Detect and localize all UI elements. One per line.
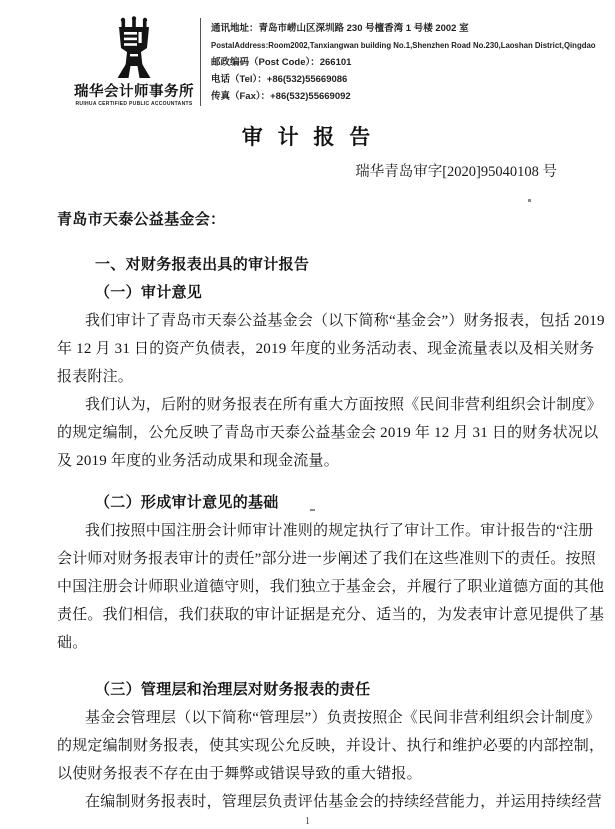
- paragraph-line: 在编制财务报表时，管理层负责评估基金会的持续经营能力，并运用持续经营: [57, 788, 558, 816]
- paragraph-line: 我们按照中国注册会计师审计准则的规定执行了审计工作。审计报告的“注册: [57, 517, 558, 545]
- ruihua-emblem-icon: [74, 16, 194, 78]
- letterhead: 瑞华会计师事务所 RUIHUA CERTIFIED PUBLIC ACCOUNT…: [0, 0, 615, 107]
- paragraph-line: 我们审计了青岛市天泰公益基金会（以下简称“基金会”）财务报表，包括 2019: [57, 307, 558, 335]
- paragraph-line: 我们认为，后附的财务报表在所有重大方面按照《民间非营利组织会计制度》: [57, 391, 558, 419]
- paragraph-line: 的规定编制财务报表，使其实现公允反映，并设计、执行和维护必要的内部控制，: [57, 732, 558, 760]
- paragraph-line: 以使财务报表不存在由于舞弊或错误导致的重大错报。: [57, 760, 558, 788]
- firm-brand-block: 瑞华会计师事务所 RUIHUA CERTIFIED PUBLIC ACCOUNT…: [74, 16, 194, 107]
- subsection-heading-basis-for-opinion: （二）形成审计意见的基础: [57, 489, 558, 517]
- fax-line: 传真（Fax）：+86(532)55669092: [211, 88, 596, 105]
- paragraph-line: 的规定编制，公允反映了青岛市天泰公益基金会 2019 年 12 月 31 日的财…: [57, 419, 558, 447]
- report-body: 青岛市天泰公益基金会： 一、对财务报表出具的审计报告 （一）审计意见 我们审计了…: [0, 210, 615, 816]
- address-line-en: PostalAddress:Room2002,Tanxiangwan build…: [211, 37, 596, 54]
- contact-block: 通讯地址：青岛市崂山区深圳路 230 号檀香湾 1 号楼 2002 室 Post…: [201, 16, 596, 105]
- paragraph-line: 责任。我们相信，我们获取的审计证据是充分、适当的，为发表审计意见提供了基: [57, 601, 558, 629]
- subsection-heading-audit-opinion: （一）审计意见: [57, 279, 558, 307]
- firm-name-cn: 瑞华会计师事务所: [74, 80, 194, 101]
- paragraph-line: 会计师对财务报表审计的责任”部分进一步阐述了我们在这些准则下的责任。按照: [57, 545, 558, 573]
- scan-speck: [310, 509, 315, 511]
- scan-speck: [528, 199, 531, 202]
- paragraph-line: 报表附注。: [57, 363, 558, 391]
- firm-name-en: RUIHUA CERTIFIED PUBLIC ACCOUNTANTS: [74, 101, 194, 107]
- paragraph-line: 础。: [57, 629, 558, 657]
- paragraph-line: 及 2019 年度的业务活动成果和现金流量。: [57, 447, 558, 475]
- address-line-cn: 通讯地址：青岛市崂山区深圳路 230 号檀香湾 1 号楼 2002 室: [211, 20, 596, 37]
- audit-report-page: 瑞华会计师事务所 RUIHUA CERTIFIED PUBLIC ACCOUNT…: [0, 0, 615, 829]
- paragraph-line: 基金会管理层（以下简称“管理层”）负责按照企《民间非营利组织会计制度》: [57, 704, 558, 732]
- addressee: 青岛市天泰公益基金会：: [57, 210, 558, 230]
- reference-number: 瑞华青岛审字[2020]95040108 号: [0, 160, 615, 181]
- paragraph-line: 年 12 月 31 日的资产负债表，2019 年度的业务活动表、现金流量表以及相…: [57, 335, 558, 363]
- tel-line: 电话（Tel）：+86(532)55669086: [211, 71, 596, 88]
- paragraph-line: 中国注册会计师职业道德守则，我们独立于基金会，并履行了职业道德方面的其他: [57, 573, 558, 601]
- postcode-line: 邮政编码（Post Code）：266101: [211, 54, 596, 71]
- page-number: 1: [0, 816, 615, 827]
- subsection-heading-management-responsibility: （三）管理层和治理层对财务报表的责任: [57, 676, 558, 704]
- page-title: 审 计 报 告: [0, 121, 615, 151]
- section-heading-financial-statements: 一、对财务报表出具的审计报告: [57, 251, 558, 279]
